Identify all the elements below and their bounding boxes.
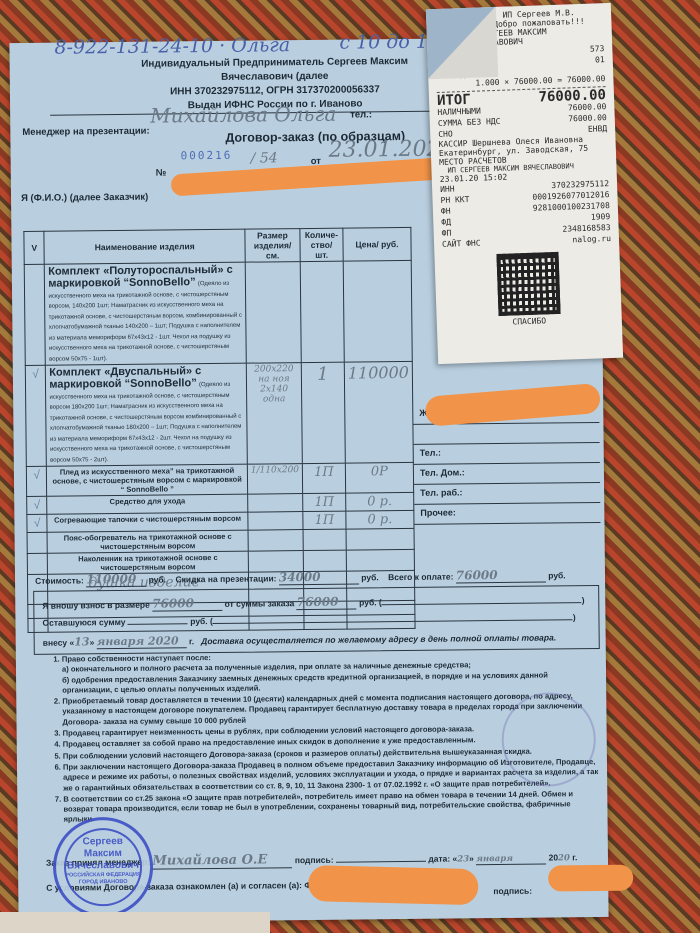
- table-row: Комплект «Полутороспальный» с маркировко…: [24, 260, 412, 365]
- redaction-mark: [170, 158, 441, 197]
- row-price[interactable]: 0 р.: [346, 492, 414, 511]
- date-suffix: г.: [572, 852, 577, 862]
- year-suffix: г.: [189, 636, 194, 646]
- row-size[interactable]: [248, 551, 303, 573]
- row-price[interactable]: 0Р: [345, 462, 413, 493]
- cost-label: Стоимость:: [35, 575, 84, 586]
- manager-label: Менеджер на презентации:: [22, 126, 149, 138]
- col-check: V: [24, 231, 45, 264]
- row-size[interactable]: [248, 530, 303, 552]
- tel-home-label[interactable]: Тел. Дом.:: [414, 463, 600, 485]
- row-qty[interactable]: 1П: [303, 493, 346, 511]
- col-name: Наименование изделия: [44, 229, 245, 264]
- remaining-row: Оставшуюся сумму руб. (): [42, 612, 575, 628]
- deposit-value[interactable]: 76000: [152, 596, 222, 612]
- date-day[interactable]: 23: [457, 854, 469, 864]
- pay-by-date[interactable]: января 2020: [97, 634, 187, 649]
- remaining-label: Оставшуюся сумму: [42, 617, 125, 628]
- row-price[interactable]: [343, 260, 412, 362]
- stamp-line: ГОРОД ИВАНОВО: [56, 879, 150, 887]
- row-size[interactable]: [248, 512, 303, 531]
- stamp-line: Сергеев: [56, 836, 150, 849]
- customer-label: Я (Ф.И.О.) (далее Заказчик): [21, 192, 148, 204]
- currency: руб. (: [359, 597, 382, 607]
- row-check[interactable]: √: [27, 496, 48, 514]
- row-qty[interactable]: [303, 529, 346, 550]
- row-qty[interactable]: 1: [301, 362, 345, 463]
- pay-by-label: внесу «: [43, 637, 75, 647]
- tel-work-label[interactable]: Тел. раб.:: [414, 483, 600, 505]
- product-title: Комплект «Двуспальный» с маркировкой “So…: [49, 365, 201, 391]
- total-value[interactable]: 76000: [456, 568, 546, 584]
- row-name: Комплект «Полутороспальный» с маркировко…: [45, 262, 247, 365]
- pay-by-day[interactable]: 13: [74, 635, 89, 648]
- deposit-row: Я вношу взнос в размере 76000 от суммы з…: [42, 592, 584, 613]
- row-name: Плед из искусственного меха” на трикотаж…: [47, 464, 248, 496]
- row-name: Средство для ухода: [47, 494, 248, 514]
- row-qty[interactable]: [300, 261, 344, 362]
- receipt-thanks: СПАСИБО: [445, 314, 614, 329]
- remaining-value[interactable]: [128, 623, 188, 625]
- manager-value[interactable]: Михайлова Ольга: [150, 102, 336, 128]
- seller-name: Индивидуальный Предприниматель Сергеев М…: [105, 55, 445, 87]
- faint-stamp: [501, 692, 596, 787]
- signature-label: подпись:: [295, 855, 334, 865]
- row-size[interactable]: [245, 262, 301, 364]
- row-check[interactable]: √: [25, 365, 46, 466]
- stamp-line: Вячеславович: [56, 860, 150, 873]
- discount-value[interactable]: 34000: [279, 569, 359, 585]
- date-year[interactable]: 20: [558, 853, 570, 863]
- underlying-paper: [0, 912, 270, 933]
- date-year-prefix: 20: [549, 852, 559, 862]
- row-check[interactable]: [27, 532, 48, 553]
- date-month[interactable]: января: [476, 854, 546, 866]
- qr-code-icon[interactable]: [496, 252, 560, 316]
- row-check[interactable]: √: [27, 514, 48, 532]
- tel-label[interactable]: Тел.:: [414, 443, 600, 465]
- currency: руб.: [361, 572, 379, 582]
- date-label: дата: «: [428, 853, 457, 863]
- col-price: Цена/ руб.: [343, 227, 411, 261]
- row-qty[interactable]: [303, 550, 346, 571]
- total-label: Всего к оплате:: [388, 571, 453, 582]
- row-check[interactable]: √: [26, 466, 47, 496]
- row-qty[interactable]: 1П: [302, 463, 345, 493]
- row-name: Комплект «Двуспальный» с маркировкой “So…: [46, 363, 248, 466]
- redaction-mark: [548, 865, 633, 892]
- currency: руб.: [149, 575, 167, 585]
- handwritten-phone: 8-922-131-24-10 · Ольга: [54, 34, 290, 58]
- contract-number-stamp: 000216: [181, 149, 233, 163]
- product-desc: (Одеяло из искусственного меха на трикот…: [49, 382, 241, 463]
- handwritten-hours: с 10 до 12: [339, 31, 440, 54]
- row-name: Пояс-обогреватель на трикотажной основе …: [47, 530, 248, 553]
- deposit-label: Я вношу взнос в размере: [42, 600, 150, 611]
- of-order-value[interactable]: 76000: [297, 595, 357, 611]
- currency: руб. (: [190, 616, 213, 626]
- currency: руб.: [548, 570, 566, 580]
- row-size[interactable]: 1/110х200: [247, 464, 303, 495]
- row-price[interactable]: 0 р.: [346, 510, 414, 529]
- redaction-mark: [308, 865, 479, 905]
- row-size[interactable]: 200х220 на ноя 2х140 одна: [246, 363, 302, 465]
- customer-signature-label: подпись:: [493, 886, 532, 896]
- table-row: √ Плед из искусственного меха” на трикот…: [26, 462, 413, 496]
- of-order-label: от суммы заказа: [225, 598, 295, 609]
- manager-signature[interactable]: [336, 861, 426, 863]
- pay-by-row: внесу «13» января 2020 г. Доставка осуще…: [43, 630, 557, 649]
- row-check[interactable]: [24, 264, 45, 365]
- term-1: Право собственности наступает после: а) …: [62, 649, 599, 696]
- delivery-address-field[interactable]: [413, 423, 599, 445]
- row-price[interactable]: [346, 528, 414, 550]
- payment-box: Я вношу взнос в размере 76000 от суммы з…: [33, 585, 600, 655]
- contract-number-hand[interactable]: / 54: [251, 150, 278, 166]
- row-size[interactable]: [248, 494, 303, 513]
- row-price[interactable]: 110000: [344, 361, 413, 463]
- table-row: √ Комплект «Двуспальный» с маркировкой “…: [25, 361, 413, 466]
- manager-phone-label: тел.:: [350, 109, 372, 120]
- row-check[interactable]: [27, 553, 48, 574]
- cash-receipt: ИП Сергеев М.В. Добро пожаловать!!! ИП С…: [426, 3, 623, 364]
- manager-sign-name[interactable]: Михайлова О.Е: [152, 852, 292, 869]
- delivery-note: Доставка осуществляется по желаемому адр…: [201, 632, 556, 646]
- col-qty: Количе-ство/ шт.: [300, 228, 343, 261]
- stamp-line: Максим: [56, 848, 150, 861]
- row-price[interactable]: [346, 549, 414, 571]
- row-qty[interactable]: 1П: [303, 511, 346, 529]
- contract-number-label: №: [156, 167, 167, 178]
- row-name: Согревающие тапочки с чистошерстяным вор…: [47, 512, 248, 532]
- col-size: Размер изделия/ см.: [245, 229, 301, 263]
- product-desc: (Одеяло из искусственного меха на трикот…: [48, 281, 241, 362]
- receipt-curl: [426, 7, 498, 79]
- cost-value[interactable]: 110000: [86, 572, 146, 588]
- seller-stamp: Сергеев Максим Вячеславович РОССИЙСКАЯ Ф…: [53, 817, 154, 918]
- discount-label: Скидка на презентации:: [175, 573, 276, 584]
- other-label[interactable]: Прочее:: [414, 503, 600, 525]
- term-7: В соответствии со ст.25 закона «О защите…: [63, 789, 600, 826]
